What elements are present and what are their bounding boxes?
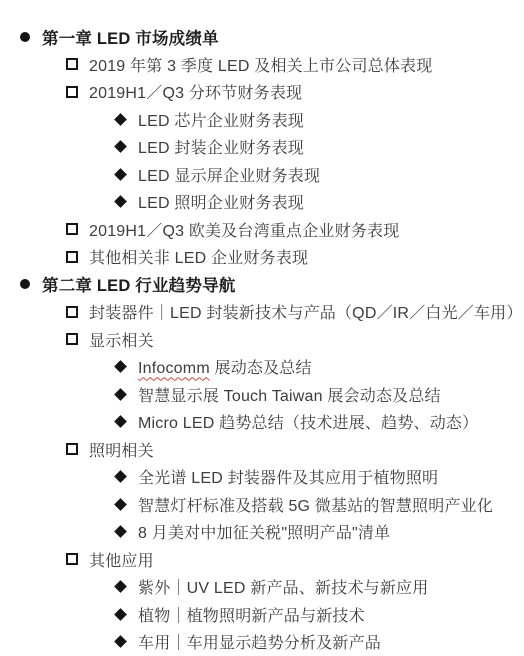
outline-item-label: 显示相关 — [89, 328, 154, 351]
diamond-bullet-icon — [114, 140, 127, 153]
diamond-bullet-icon — [114, 580, 127, 593]
outline-item-label: 8 月美对中加征关税"照明产品"清单 — [138, 520, 390, 543]
outline-item: 智慧显示展 Touch Taiwan 展会动态及总结 — [0, 381, 524, 409]
diamond-bullet-icon — [114, 195, 127, 208]
outline-item-label: Micro LED 趋势总结（技术进展、趋势、动态） — [138, 410, 478, 433]
diamond-bullet-icon — [114, 470, 127, 483]
diamond-bullet-icon — [114, 113, 127, 126]
outline-item-label: 紫外｜UV LED 新产品、新技术与新应用 — [138, 575, 428, 598]
diamond-bullet-icon — [114, 388, 127, 401]
outline-item-label: 2019 年第 3 季度 LED 及相关上市公司总体表现 — [89, 53, 432, 76]
outline-item-label: 第一章 LED 市场成绩单 — [42, 25, 219, 49]
diamond-bullet-icon — [114, 498, 127, 511]
diamond-bullet-icon — [114, 525, 127, 538]
outline-item-label: 其他应用 — [89, 548, 154, 571]
outline-item: 第一章 LED 市场成绩单 — [0, 23, 524, 51]
outline-item: Infocomm 展动态及总结 — [0, 353, 524, 381]
outline-item-label: LED 照明企业财务表现 — [138, 190, 304, 213]
outline-item: 全光谱 LED 封装器件及其应用于植物照明 — [0, 463, 524, 491]
outline-item: 其他相关非 LED 企业财务表现 — [0, 243, 524, 271]
outline-item: 车用｜车用显示趋势分析及新产品 — [0, 628, 524, 656]
outline-item: LED 显示屏企业财务表现 — [0, 161, 524, 189]
outline-item-label: 智慧灯杆标准及搭载 5G 微基站的智慧照明产业化 — [138, 493, 493, 516]
outline-item: 封装器件｜LED 封装新技术与产品（QD／IR／白光／车用） — [0, 298, 524, 326]
outline-item-label: LED 封装企业财务表现 — [138, 135, 304, 158]
outline-item-label: LED 显示屏企业财务表现 — [138, 163, 320, 186]
spellcheck-underlined-word: Infocomm — [138, 360, 210, 377]
outline-item: 植物｜植物照明新产品与新技术 — [0, 601, 524, 629]
outline-item-label: 2019H1／Q3 欧美及台湾重点企业财务表现 — [89, 218, 399, 241]
outline-item: 2019 年第 3 季度 LED 及相关上市公司总体表现 — [0, 51, 524, 79]
outline-item: Micro LED 趋势总结（技术进展、趋势、动态） — [0, 408, 524, 436]
diamond-bullet-icon — [114, 168, 127, 181]
outline-item: 2019H1／Q3 欧美及台湾重点企业财务表现 — [0, 216, 524, 244]
document-page: 第一章 LED 市场成绩单 2019 年第 3 季度 LED 及相关上市公司总体… — [0, 0, 524, 656]
square-bullet-icon — [66, 553, 78, 565]
diamond-bullet-icon — [114, 635, 127, 648]
outline-list: 第一章 LED 市场成绩单 2019 年第 3 季度 LED 及相关上市公司总体… — [0, 23, 524, 656]
outline-item: 2019H1／Q3 分环节财务表现 — [0, 78, 524, 106]
square-bullet-icon — [66, 86, 78, 98]
diamond-bullet-icon — [114, 360, 127, 373]
square-bullet-icon — [66, 223, 78, 235]
circle-bullet-icon — [20, 279, 30, 289]
square-bullet-icon — [66, 58, 78, 70]
outline-item: 紫外｜UV LED 新产品、新技术与新应用 — [0, 573, 524, 601]
outline-item: 智慧灯杆标准及搭载 5G 微基站的智慧照明产业化 — [0, 491, 524, 519]
square-bullet-icon — [66, 333, 78, 345]
diamond-bullet-icon — [114, 608, 127, 621]
diamond-bullet-icon — [114, 415, 127, 428]
outline-item-label: 照明相关 — [89, 438, 154, 461]
outline-item: 其他应用 — [0, 546, 524, 574]
outline-item-label: Infocomm 展动态及总结 — [138, 355, 312, 378]
outline-item: 第二章 LED 行业趋势导航 — [0, 271, 524, 299]
outline-item-label: 车用｜车用显示趋势分析及新产品 — [138, 630, 381, 653]
outline-item: LED 封装企业财务表现 — [0, 133, 524, 161]
outline-item: LED 照明企业财务表现 — [0, 188, 524, 216]
outline-item: LED 芯片企业财务表现 — [0, 106, 524, 134]
outline-item-label: 2019H1／Q3 分环节财务表现 — [89, 80, 302, 103]
outline-item-label: 智慧显示展 Touch Taiwan 展会动态及总结 — [138, 383, 441, 406]
outline-item-label: 植物｜植物照明新产品与新技术 — [138, 603, 365, 626]
outline-item-label: 其他相关非 LED 企业财务表现 — [89, 245, 308, 268]
outline-item: 8 月美对中加征关税"照明产品"清单 — [0, 518, 524, 546]
outline-item-label: 封装器件｜LED 封装新技术与产品（QD／IR／白光／车用） — [89, 300, 523, 323]
square-bullet-icon — [66, 306, 78, 318]
outline-item-label: 第二章 LED 行业趋势导航 — [42, 272, 235, 296]
square-bullet-icon — [66, 251, 78, 263]
square-bullet-icon — [66, 443, 78, 455]
outline-item: 显示相关 — [0, 326, 524, 354]
outline-item-label: LED 芯片企业财务表现 — [138, 108, 304, 131]
outline-item-label: 全光谱 LED 封装器件及其应用于植物照明 — [138, 465, 438, 488]
circle-bullet-icon — [20, 32, 30, 42]
outline-item: 照明相关 — [0, 436, 524, 464]
